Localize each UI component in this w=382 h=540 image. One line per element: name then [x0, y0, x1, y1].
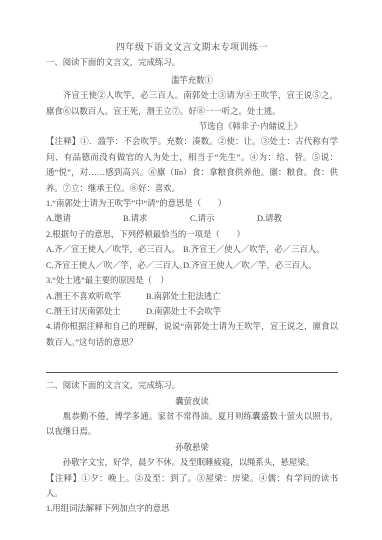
q2-options-row2: C.齐宣王使人／吹／竽，必／三百人。D.齐宣王使人／吹／竽，必三百人。 — [46, 258, 338, 273]
q3-option-b: B.南郭处士犯法逃亡 — [146, 289, 221, 304]
q3-option-c: C.湣王讨厌南郭处士 — [46, 304, 146, 319]
section2-notes: 【注释】①夕：晚上。②及至：到了。③屋梁：房梁。④儒：有学问的读书人。 — [46, 471, 338, 502]
section2-passage1-title: 囊萤夜读 — [46, 394, 338, 409]
q1-option-c: C.请示 — [190, 211, 257, 226]
q2-option-c: C.齐宣王使人／吹／竽，必／三百人。 — [46, 258, 183, 273]
section2-q1-stem: 1.用组词法解释下列加点字的意思 — [46, 501, 338, 516]
document-page: 四年级下语文文言文期末专项训练一 一、阅读下面的文言文，完成练习。 滥竽充数① … — [0, 0, 382, 540]
section1-passage-text: 齐宣王使②人吹竽，必三百人。南郭处士③请为④王吹竽，宣王说⑤之，廪食⑥以数百人。… — [46, 88, 338, 119]
q1-stem: 1.“南郭处士请为王吹竽”中“请”的意思是（ ） — [46, 196, 338, 211]
q3-option-d: D.南郭处士不会吹竽 — [146, 304, 221, 319]
section2-passage2-title: 孙敬悬梁 — [46, 440, 338, 455]
q2-stem: 2.根据句子的意思，下列停顿最恰当的一项是（ ） — [46, 227, 338, 242]
page-title: 四年级下语文文言文期末专项训练一 — [46, 40, 338, 55]
q2-options-row1: A.齐／宣王使人／吹竽，必三百人。B.齐宣王／使人／吹竽，必／三百人。 — [46, 242, 338, 257]
q2-option-d: D.齐宣王使人／吹／竽，必三百人。 — [183, 258, 317, 273]
q2-option-b: B.齐宣王／使人／吹竽，必／三百人。 — [183, 242, 325, 257]
section1-passage-title: 滥竽充数① — [46, 73, 338, 88]
section1-notes: 【注释】①．滥竽：不会吹竽。充数：凑数。②使：让。③处士：古代称有学问、有品德而… — [46, 134, 338, 196]
q1-options: A.邀请B.请求C.请示D.请教 — [46, 211, 338, 226]
q1-option-a: A.邀请 — [46, 211, 123, 226]
q2-option-a: A.齐／宣王使人／吹竽，必三百人。 — [46, 242, 183, 257]
q3-stem: 3.“处士逃”最主要的原因是（ ） — [46, 273, 338, 288]
section-divider — [46, 372, 338, 373]
q3-options-row2: C.湣王讨厌南郭处士D.南郭处士不会吹竽 — [46, 304, 338, 319]
q3-option-a: A.湣王不喜欢听吹竽 — [46, 289, 146, 304]
q1-option-b: B.请求 — [123, 211, 190, 226]
section2-heading: 二、阅读下面的文言文，完成练习。 — [46, 378, 338, 393]
q4-stem: 4.请你根据注释和自己的理解，说说“南郭处士请为王吹竽，宣王说之，廪食以数百人。… — [46, 319, 338, 350]
q1-option-d: D.请教 — [257, 211, 282, 226]
section1-passage-source: 节选自《韩非子·内储说上》 — [46, 119, 338, 134]
section1-heading: 一、阅读下面的文言文，完成练习。 — [46, 55, 338, 70]
section2-passage1-text: 胤恭勤不倦，博学多通。家贫不常得油。夏月则练囊盛数十萤火以照书，以夜继日焉。 — [46, 409, 338, 440]
q3-options-row1: A.湣王不喜欢听吹竽B.南郭处士犯法逃亡 — [46, 289, 338, 304]
section2-passage2-text: 孙敬字文宝，好学，晨夕不休。及至眠睡疲寝，以绳系头，悬屋梁。 — [46, 455, 338, 470]
